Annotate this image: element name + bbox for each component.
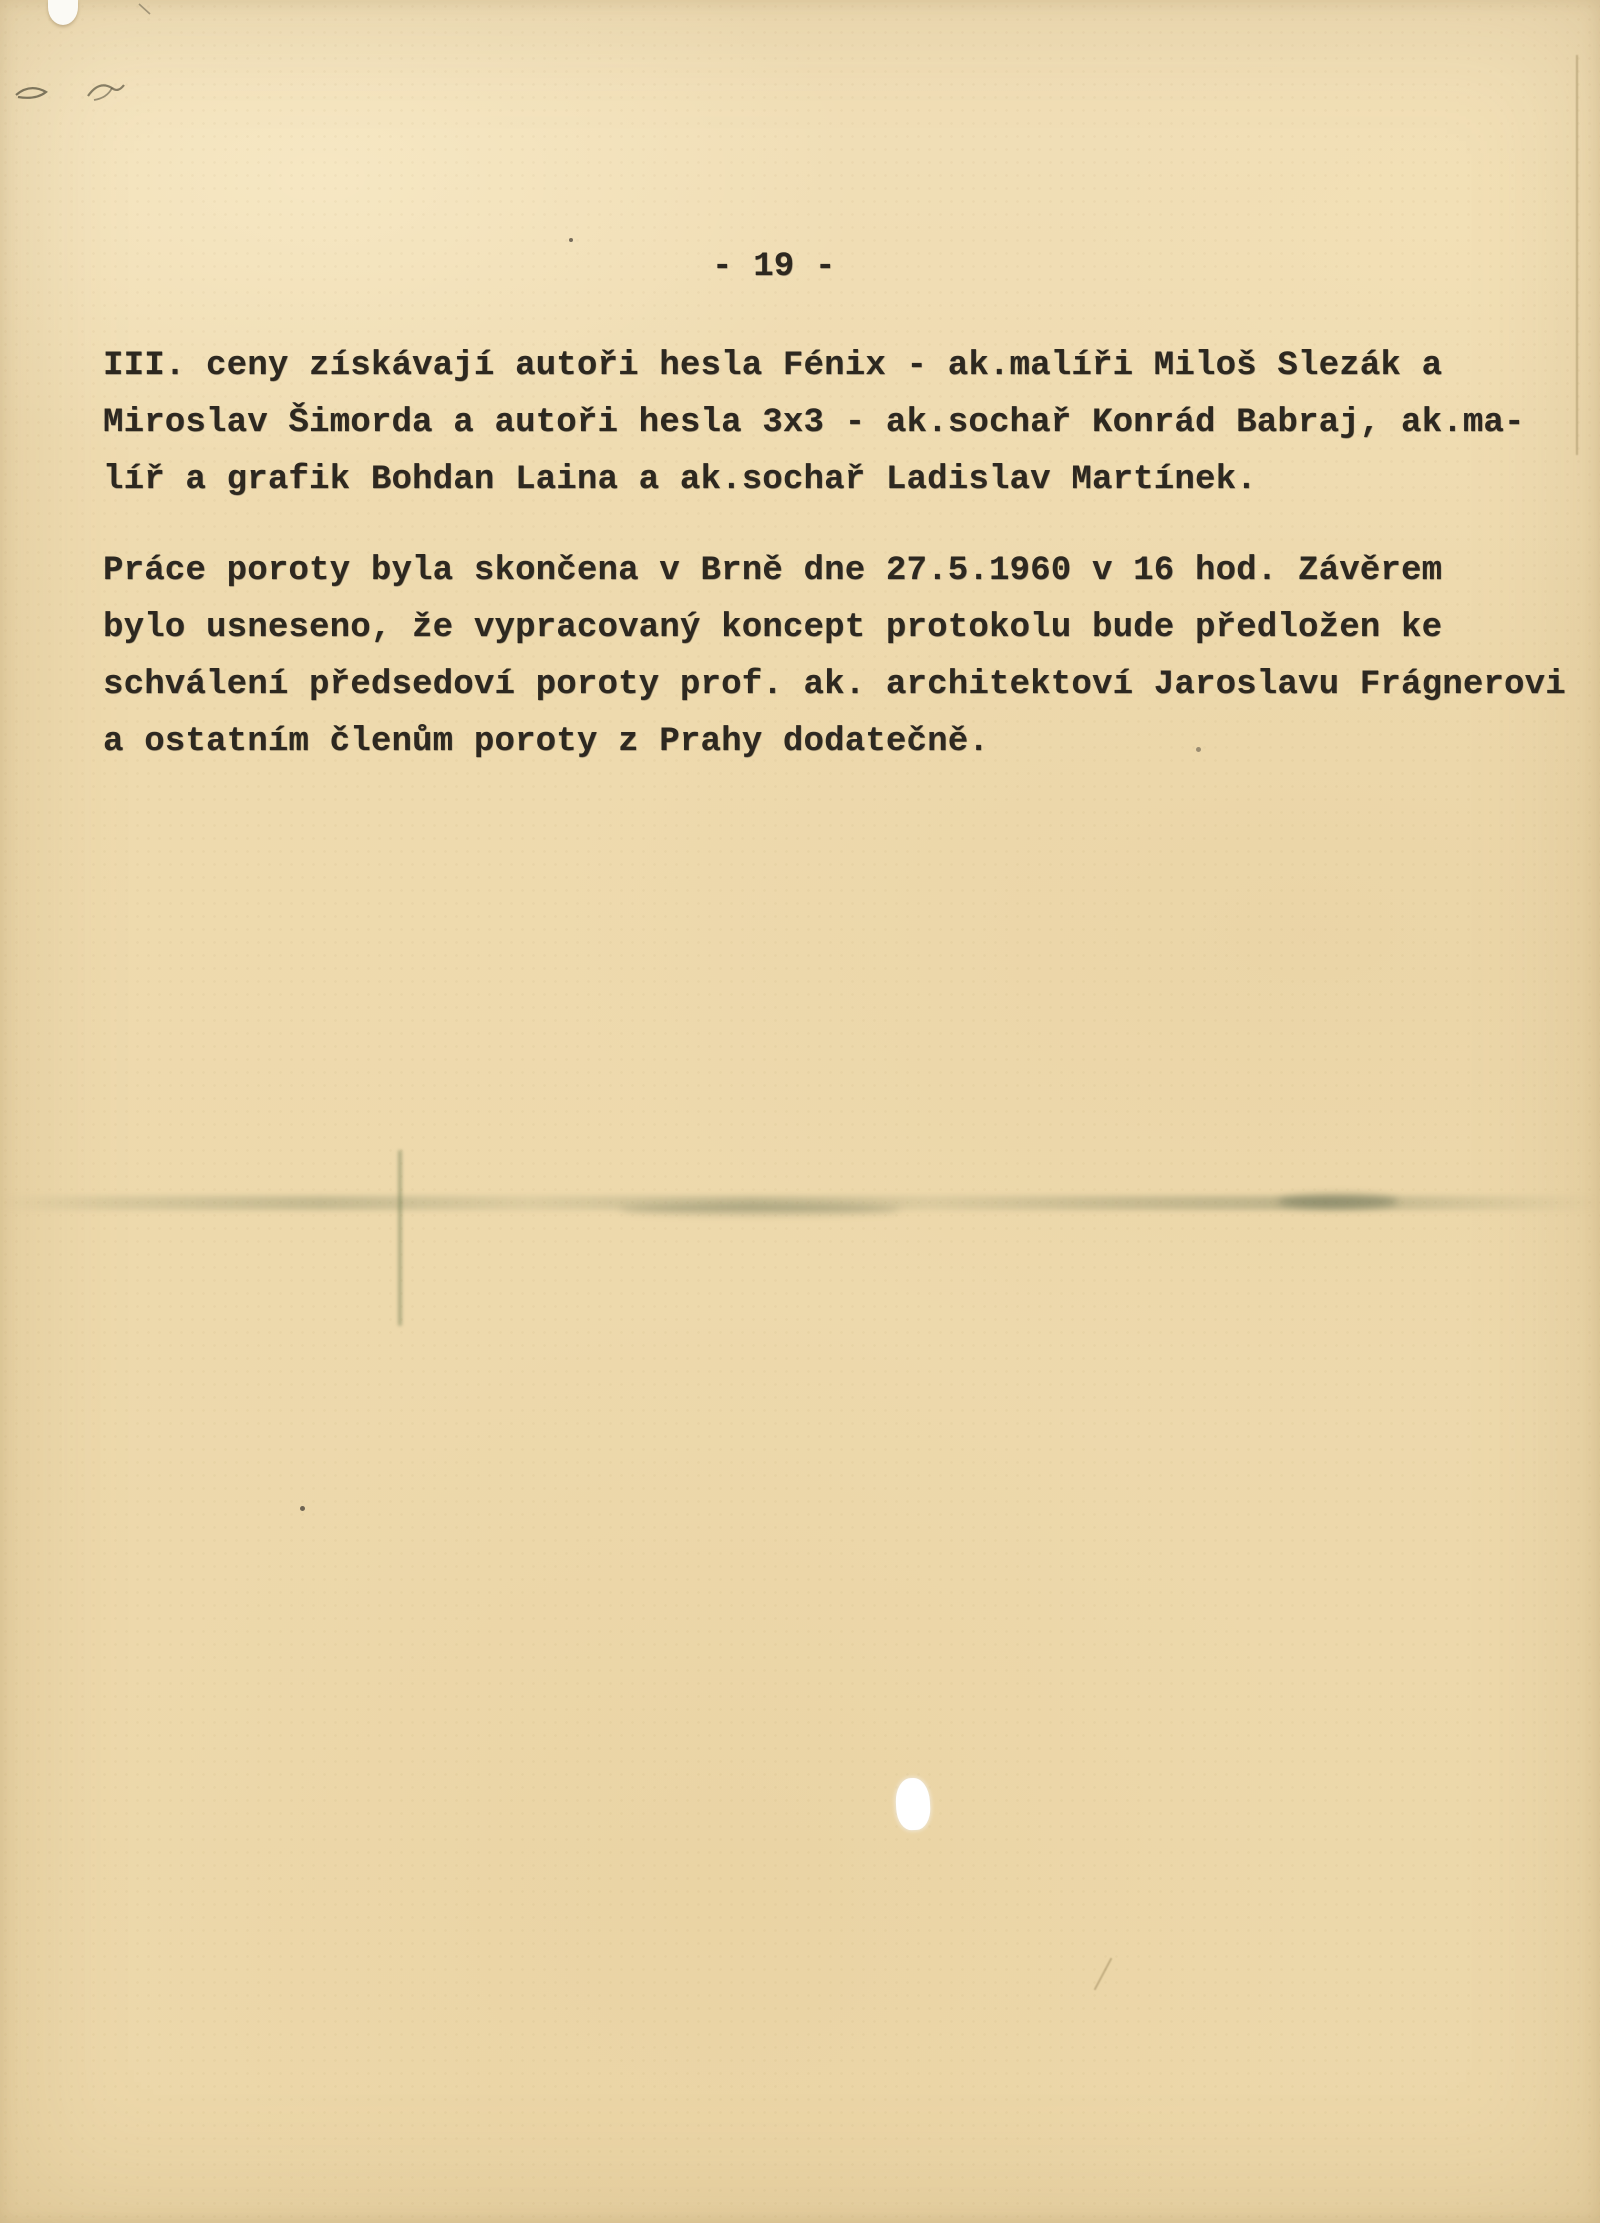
- text-line: Miroslav Šimorda a autoři hesla 3x3 - ak…: [103, 395, 1525, 452]
- ink-speck: [300, 1506, 305, 1511]
- page-number: - 19 -: [712, 248, 836, 286]
- paper-hole: [895, 1777, 932, 1831]
- paper-edge-line: [1576, 55, 1578, 455]
- text-line: bylo usneseno, že vypracovaný koncept pr…: [103, 600, 1566, 657]
- paper-crease-smudge: [1278, 1194, 1398, 1209]
- text-line: a ostatním členům poroty z Prahy dodateč…: [103, 714, 1566, 771]
- paper-crease-vertical-streak: [398, 1150, 402, 1326]
- paragraph-closing: Práce poroty byla skončena v Brně dne 27…: [103, 543, 1566, 771]
- ink-speck: [569, 238, 573, 242]
- paper-crease-smudge: [620, 1204, 900, 1215]
- text-line: schválení předsedoví poroty prof. ak. ar…: [103, 657, 1566, 714]
- text-line: III. ceny získávají autoři hesla Fénix -…: [103, 338, 1525, 395]
- pen-marks: [0, 0, 180, 130]
- paragraph-prizes: III. ceny získávají autoři hesla Fénix -…: [103, 338, 1525, 509]
- paper-fiber-mark: [1094, 1958, 1113, 1991]
- scanned-document-page: - 19 - III. ceny získávají autoři hesla …: [0, 0, 1600, 2223]
- text-line: líř a grafik Bohdan Laina a ak.sochař La…: [103, 452, 1525, 509]
- text-line: Práce poroty byla skončena v Brně dne 27…: [103, 543, 1566, 600]
- ink-speck: [1196, 747, 1201, 752]
